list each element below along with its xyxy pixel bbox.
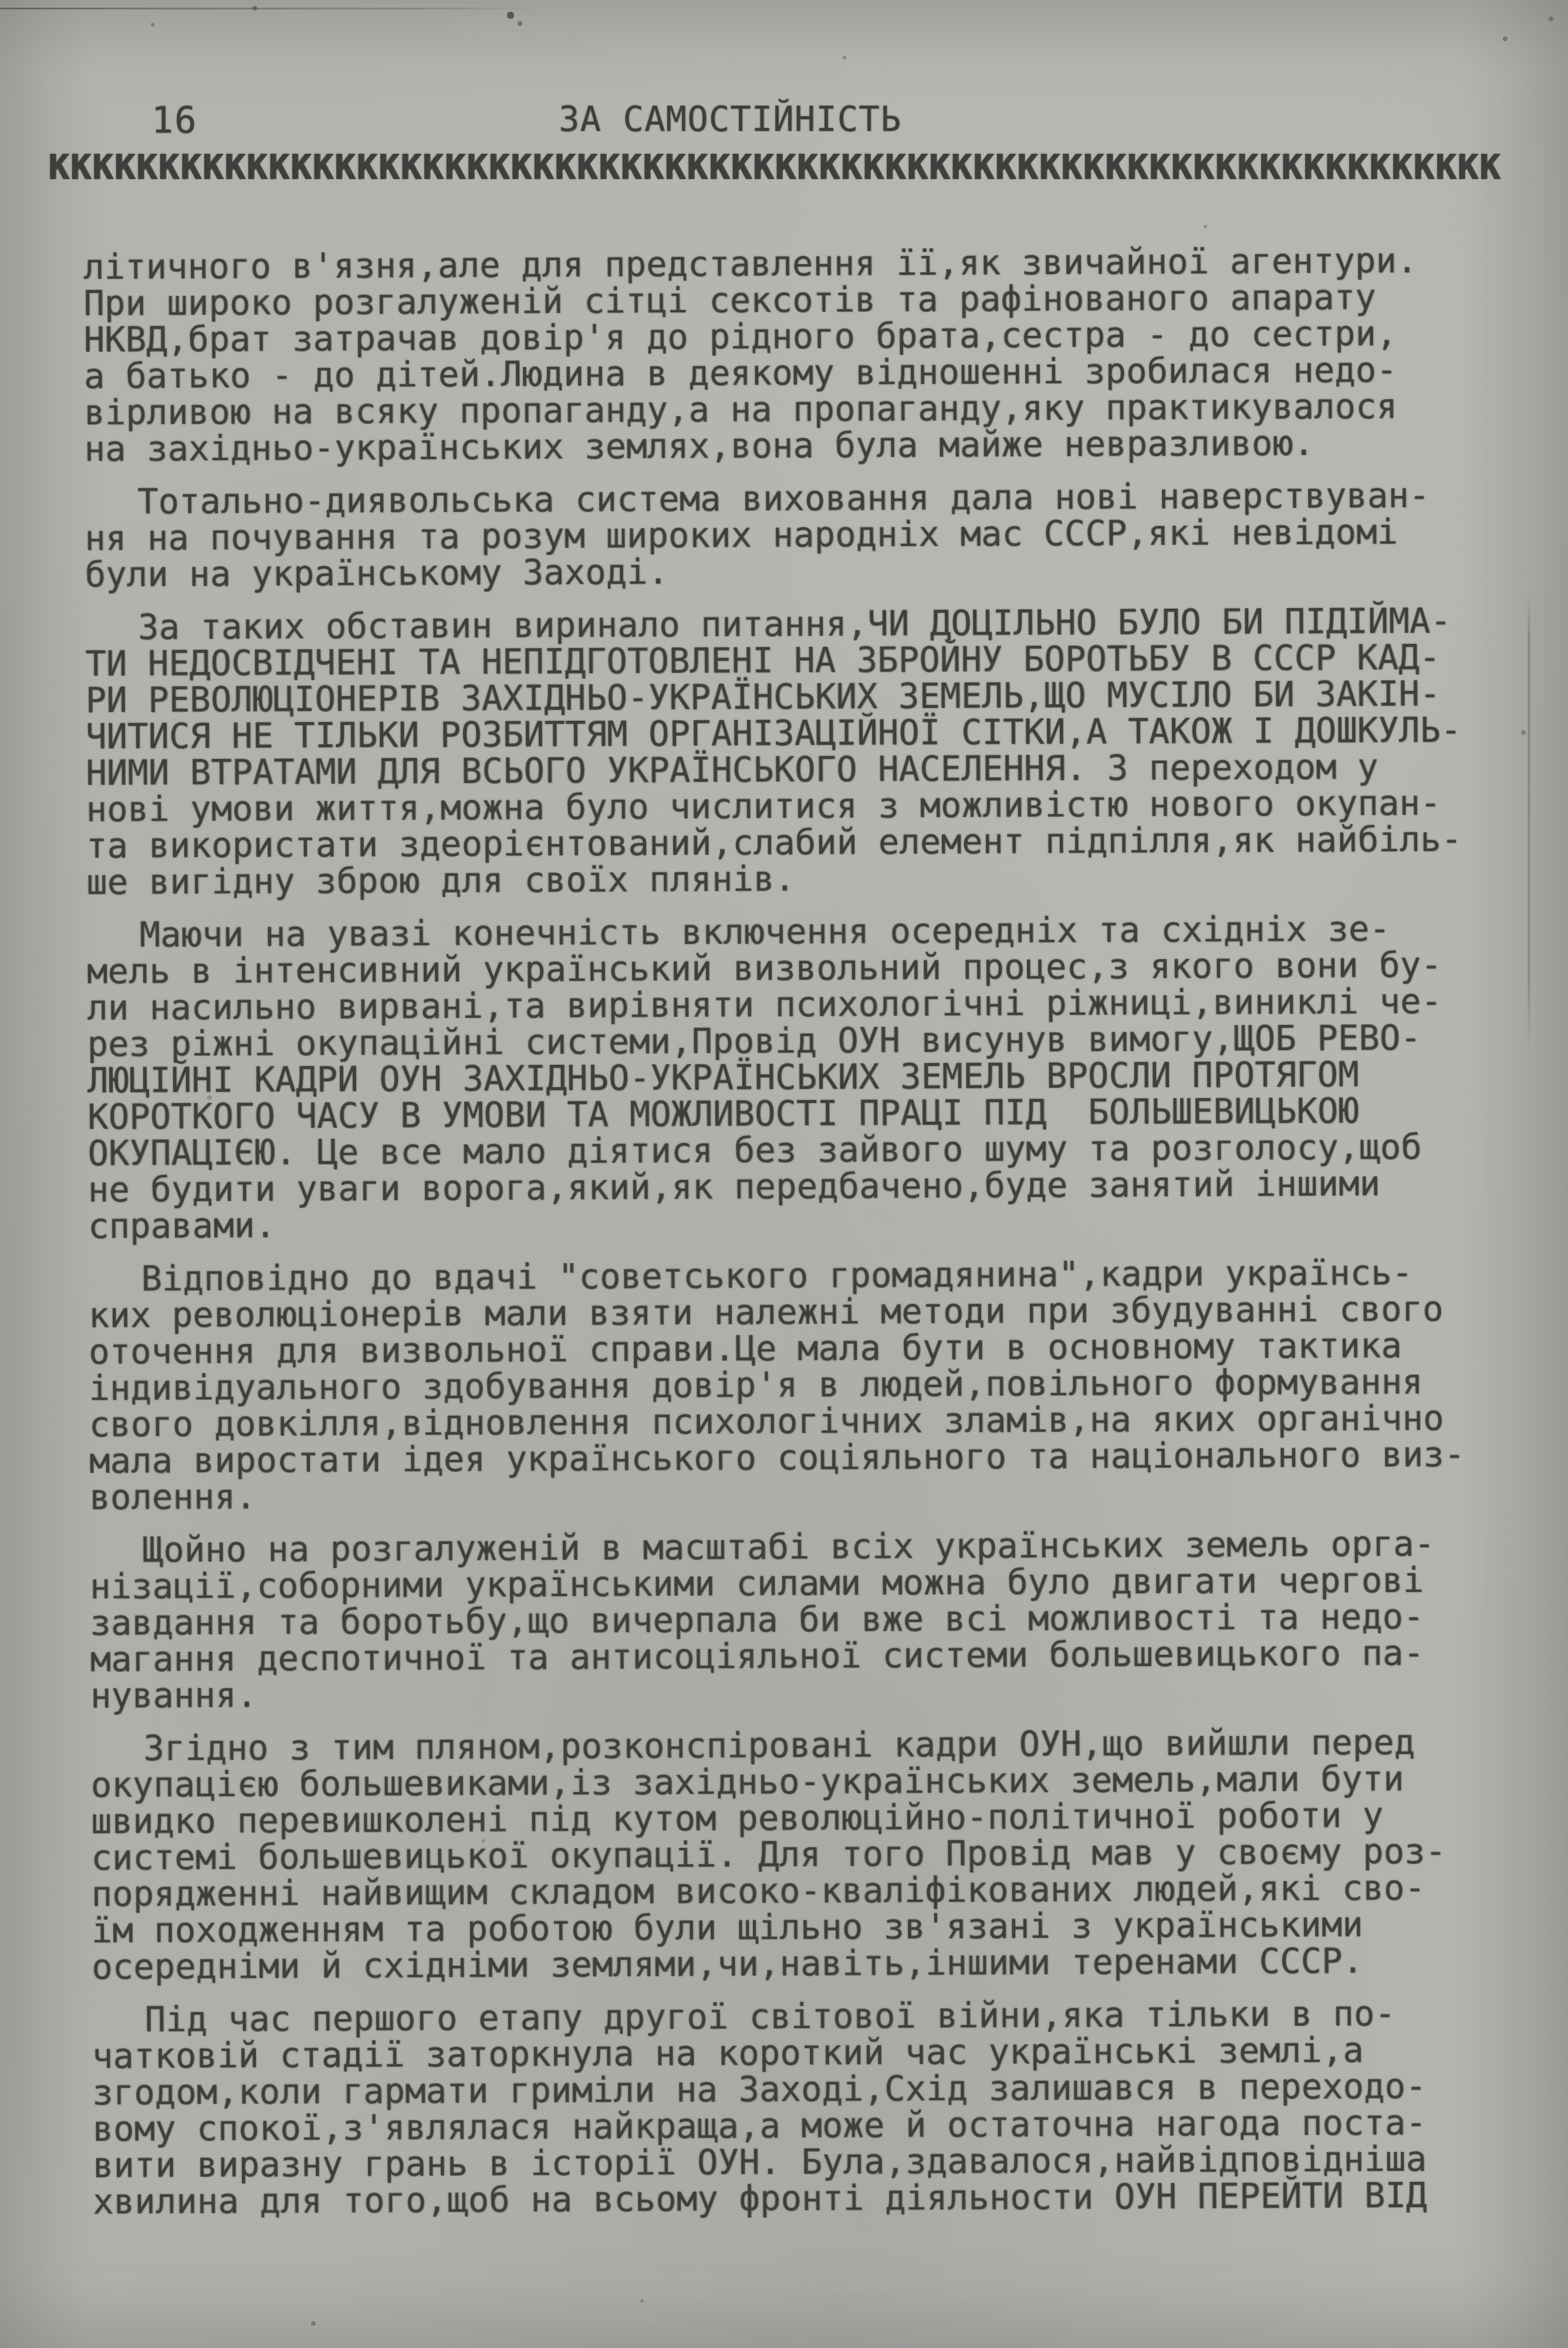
paragraph: Тотально-диявольська система виховання д…	[85, 477, 1535, 593]
text-line: ше вигідну зброю для своїх плянів.	[86, 857, 1536, 900]
text-line: магання деспотичної та антисоціяльної си…	[90, 1634, 1540, 1678]
text-line: були на українському Заході.	[85, 549, 1535, 593]
text-line: вірливою на всяку пропаганду,а на пропаг…	[84, 387, 1533, 431]
divider-rule: КККККККККККККККККККККККККККККККККККККККК…	[48, 147, 1527, 188]
page-title: ЗА САМОСТІЙНІСТЬ	[559, 99, 901, 139]
text-line: не будити уваги ворога,який,як передбаче…	[88, 1165, 1537, 1208]
page-header: 16 ЗА САМОСТІЙНІСТЬ	[0, 99, 1568, 146]
paragraph: Під час першого етапу другої світової ві…	[92, 1995, 1543, 2220]
text-line: на західньо-українських землях,вона була…	[85, 424, 1534, 467]
paragraph: Щойно на розгалуженій в масштабі всіх ук…	[90, 1525, 1540, 1714]
document-body: літичного в'язня,але для представлення ї…	[83, 242, 1542, 2220]
paragraph: Відповідно до вдачі "советського громадя…	[88, 1254, 1539, 1516]
text-line: ня на почування та розум широких народні…	[85, 513, 1534, 556]
paper-specks	[0, 0, 2, 2]
paragraph: За таких обставин виринало питання,ЧИ ДО…	[85, 602, 1536, 900]
page-number: 16	[151, 99, 198, 141]
paragraph: Згідно з тим пляном,розконспіровані кадр…	[90, 1723, 1541, 1985]
text-line: мала виростати ідея українського соціяль…	[89, 1436, 1539, 1479]
text-line: осередніми й східніми землями,чи,навіть,…	[92, 1942, 1541, 1985]
text-line: хвилина для того,щоб на всьому фронті ді…	[93, 2177, 1542, 2220]
document-page: 16 ЗА САМОСТІЙНІСТЬ КККККККККККККККККККК…	[0, 0, 1568, 2348]
scan-edge-line	[0, 8, 531, 9]
text-line: та використати здеорієнтований,слабий ел…	[86, 821, 1536, 864]
scan-fold-line	[1528, 593, 1530, 1051]
paragraph: Маючи на увазі конечність включення осер…	[87, 910, 1538, 1244]
paragraph: літичного в'язня,але для представлення ї…	[83, 242, 1534, 467]
